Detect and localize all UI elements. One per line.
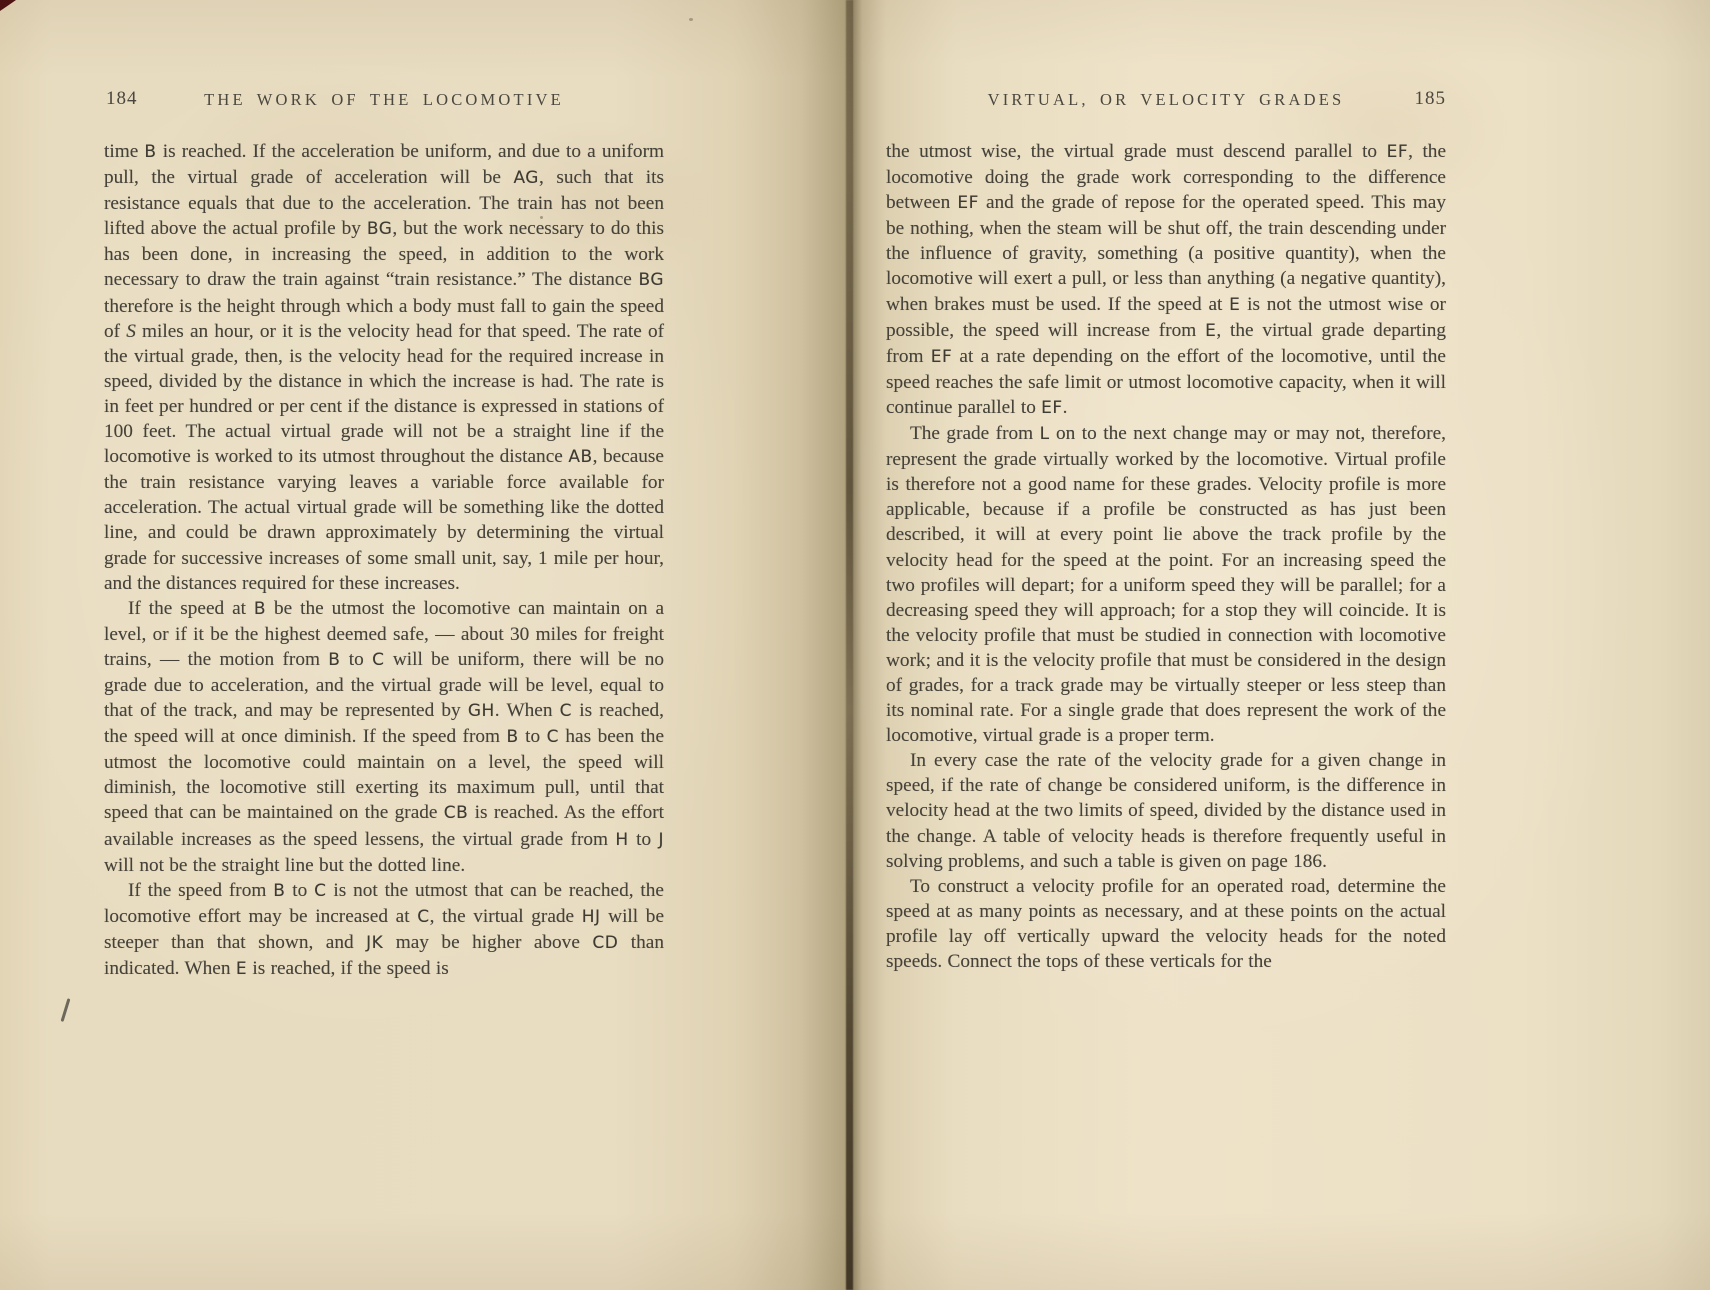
letter-reference: JK: [366, 933, 383, 953]
letter-reference: BG: [367, 219, 393, 239]
letter-reference: GH: [468, 701, 495, 721]
italic-variable: S: [126, 321, 136, 342]
page-number-right: 185: [1366, 88, 1446, 110]
gutter-crease: [846, 0, 853, 1290]
letter-reference: B: [254, 599, 266, 619]
running-head-left: THE WORK OF THE LOCOMOTIVE: [104, 90, 664, 110]
letter-reference: HJ: [582, 907, 601, 927]
body-text-right: the utmost wise, the virtual grade must …: [886, 139, 1446, 974]
paragraph: If the speed at B be the utmost the loco…: [104, 596, 664, 878]
book-spread: 184 THE WORK OF THE LOCOMOTIVE VIRTUAL, …: [0, 0, 1710, 1290]
letter-reference: BG: [639, 270, 665, 290]
paragraph: time B is reached. If the acceleration b…: [104, 139, 664, 596]
letter-reference: EF: [1041, 398, 1062, 418]
letter-reference: B: [328, 650, 340, 670]
letter-reference: CD: [592, 933, 618, 953]
letter-reference: C: [560, 701, 572, 721]
letter-reference: E: [1205, 321, 1216, 341]
paragraph: In every case the rate of the velocity g…: [886, 748, 1446, 873]
letter-reference: E: [1229, 295, 1240, 315]
letter-reference: EF: [1387, 142, 1408, 162]
letter-reference: J: [659, 830, 665, 850]
letter-reference: CB: [444, 803, 469, 823]
paper-speck: [689, 18, 693, 21]
paragraph: If the speed from B to C is not the utmo…: [104, 878, 664, 982]
letter-reference: B: [273, 881, 285, 901]
letter-reference: C: [314, 881, 326, 901]
letter-reference: C: [372, 650, 384, 670]
running-head-right: VIRTUAL, OR VELOCITY GRADES: [886, 90, 1446, 110]
letter-reference: C: [547, 727, 559, 747]
letter-reference: H: [615, 830, 628, 850]
paragraph: the utmost wise, the virtual grade must …: [886, 139, 1446, 421]
letter-reference: E: [236, 959, 247, 979]
paragraph: To construct a velocity profile for an o…: [886, 874, 1446, 974]
letter-reference: L: [1040, 424, 1050, 444]
letter-reference: EF: [931, 347, 952, 367]
letter-reference: B: [507, 727, 519, 747]
letter-reference: EF: [957, 193, 978, 213]
body-text-left: time B is reached. If the acceleration b…: [104, 139, 664, 982]
letter-reference: B: [144, 142, 156, 162]
paragraph: The grade from L on to the next change m…: [886, 421, 1446, 748]
letter-reference: AB: [568, 447, 592, 467]
letter-reference: C: [417, 907, 429, 927]
letter-reference: AG: [514, 168, 539, 188]
